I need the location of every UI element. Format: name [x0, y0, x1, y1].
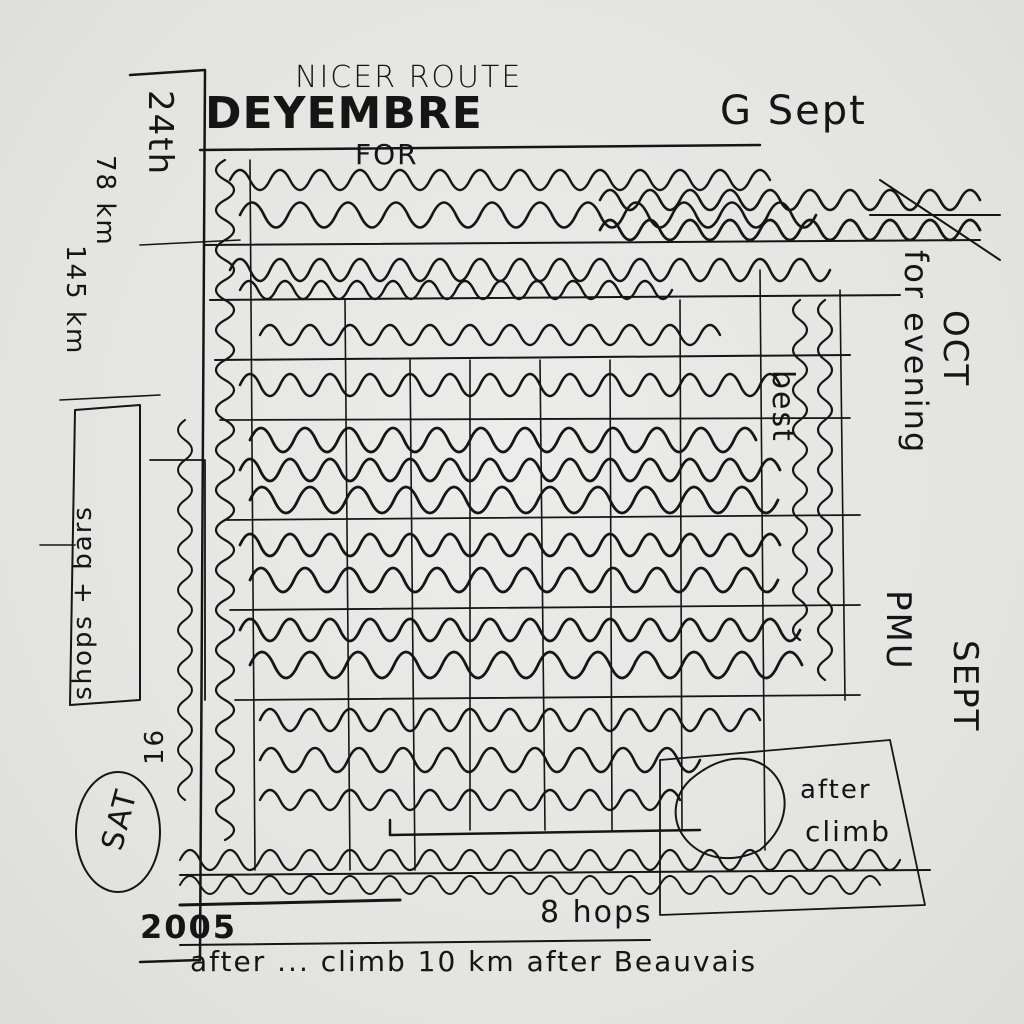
- text-shops: 8 hops: [540, 895, 653, 930]
- text-oct: OCT: [935, 310, 975, 387]
- artwork-paper: NICER ROUTE DEYEMBRE G Sept FOR 24th 78 …: [0, 0, 1024, 1024]
- text-16: 16: [140, 728, 170, 765]
- text-145km: 145 km: [60, 245, 90, 355]
- text-best: best: [765, 370, 800, 443]
- text-bottom-line: after ... climb 10 km after Beauvais: [190, 945, 757, 978]
- text-2005: 2005: [140, 908, 237, 946]
- text-after-box: after: [800, 775, 872, 805]
- text-deyembre: DEYEMBRE: [205, 88, 483, 139]
- text-g-sept: G Sept: [720, 88, 867, 134]
- text-78km: 78 km: [90, 155, 120, 247]
- text-climb-box: climb: [805, 815, 891, 848]
- text-shops-bars: shops + bars: [68, 505, 98, 700]
- text-24th: 24th: [140, 90, 180, 176]
- text-pmu: PMU: [878, 590, 918, 671]
- text-for: FOR: [355, 138, 419, 171]
- text-for-evening: for evening: [897, 250, 935, 454]
- text-sept: SEPT: [945, 640, 985, 732]
